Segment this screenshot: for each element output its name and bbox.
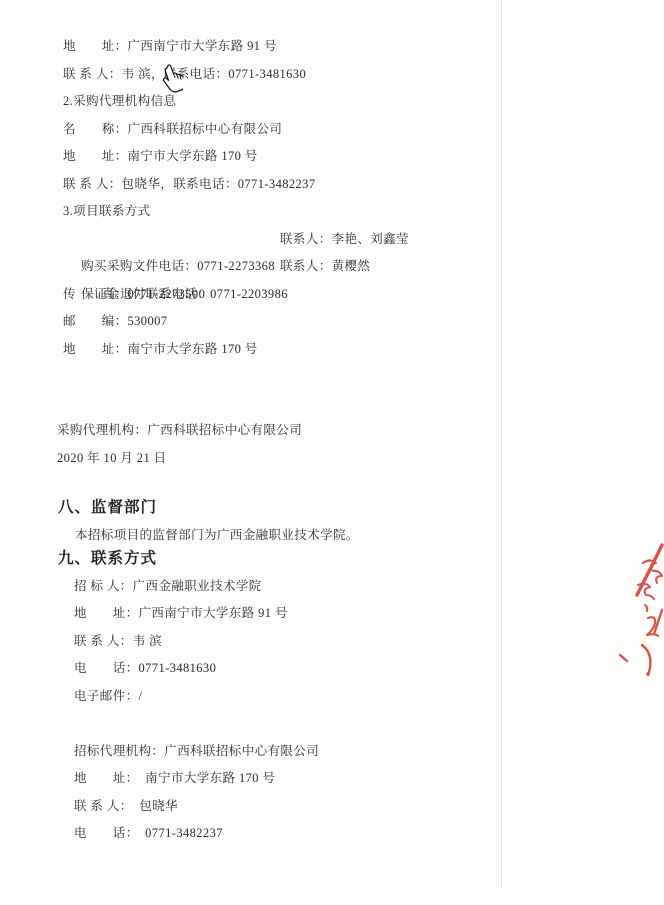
deposit-phone-row: 保证金退付联系电话：0771-2203986 联系人：黄樱然	[60, 253, 664, 281]
agency-address-line: 地 址：南宁市大学东路 170 号	[63, 143, 664, 171]
agency-info-heading: 2.采购代理机构信息	[63, 88, 664, 116]
project-contact-heading: 3.项目联系方式	[63, 198, 664, 226]
agent-phone-line: 电 话： 0771-3482237	[74, 820, 664, 848]
section9-heading: 九、联系方式	[58, 545, 664, 573]
signature-date-line: 2020 年 10 月 21 日	[57, 445, 664, 473]
agent-address-line: 地 址： 南宁市大学东路 170 号	[74, 765, 664, 793]
hand-cursor-icon	[157, 62, 183, 96]
buyer-address-line: 地 址：广西南宁市大学东路 91 号	[63, 33, 664, 61]
tenderer-address-line: 地 址：广西南宁市大学东路 91 号	[74, 600, 664, 628]
purchase-contact-label: 联系人：李艳、刘鑫莹	[280, 226, 409, 254]
agency-contact-line: 联 系 人：包晓华，联系电话：0771-3482237	[63, 171, 664, 199]
purchase-phone-row: 购买采购文件电话：0771-2273368 联系人：李艳、刘鑫莹	[60, 226, 664, 254]
section8-heading: 八、监督部门	[58, 494, 664, 522]
document-page: 地 址：广西南宁市大学东路 91 号 联 系 人：韦 滨，联系电话：0771-3…	[0, 0, 664, 905]
buyer-contact-line: 联 系 人：韦 滨，联系电话：0771-3481630	[63, 61, 664, 89]
agent-contact-line: 联 系 人： 包晓华	[74, 793, 664, 821]
deposit-contact-label: 联系人：黄樱然	[280, 253, 370, 281]
postcode-line: 邮 编：530007	[63, 308, 664, 336]
tenderer-phone-line: 电 话：0771-3481630	[74, 655, 664, 683]
agent-agency-line: 招标代理机构：广西科联招标中心有限公司	[74, 738, 664, 766]
deposit-phone-label: 保证金退付联系电话：0771-2203986	[81, 287, 288, 301]
tenderer-line: 招 标 人：广西金融职业技术学院	[74, 573, 664, 601]
tenderer-contact-line: 联 系 人：韦 滨	[74, 628, 664, 656]
document-content: 地 址：广西南宁市大学东路 91 号 联 系 人：韦 滨，联系电话：0771-3…	[0, 33, 664, 848]
project-address-line: 地 址：南宁市大学东路 170 号	[63, 336, 664, 364]
red-seal-stamp-fragment-icon	[612, 538, 664, 693]
signature-agency-line: 采购代理机构：广西科联招标中心有限公司	[57, 417, 664, 445]
agency-name-line: 名 称：广西科联招标中心有限公司	[63, 116, 664, 144]
tenderer-email-line: 电子邮件：/	[74, 683, 664, 711]
